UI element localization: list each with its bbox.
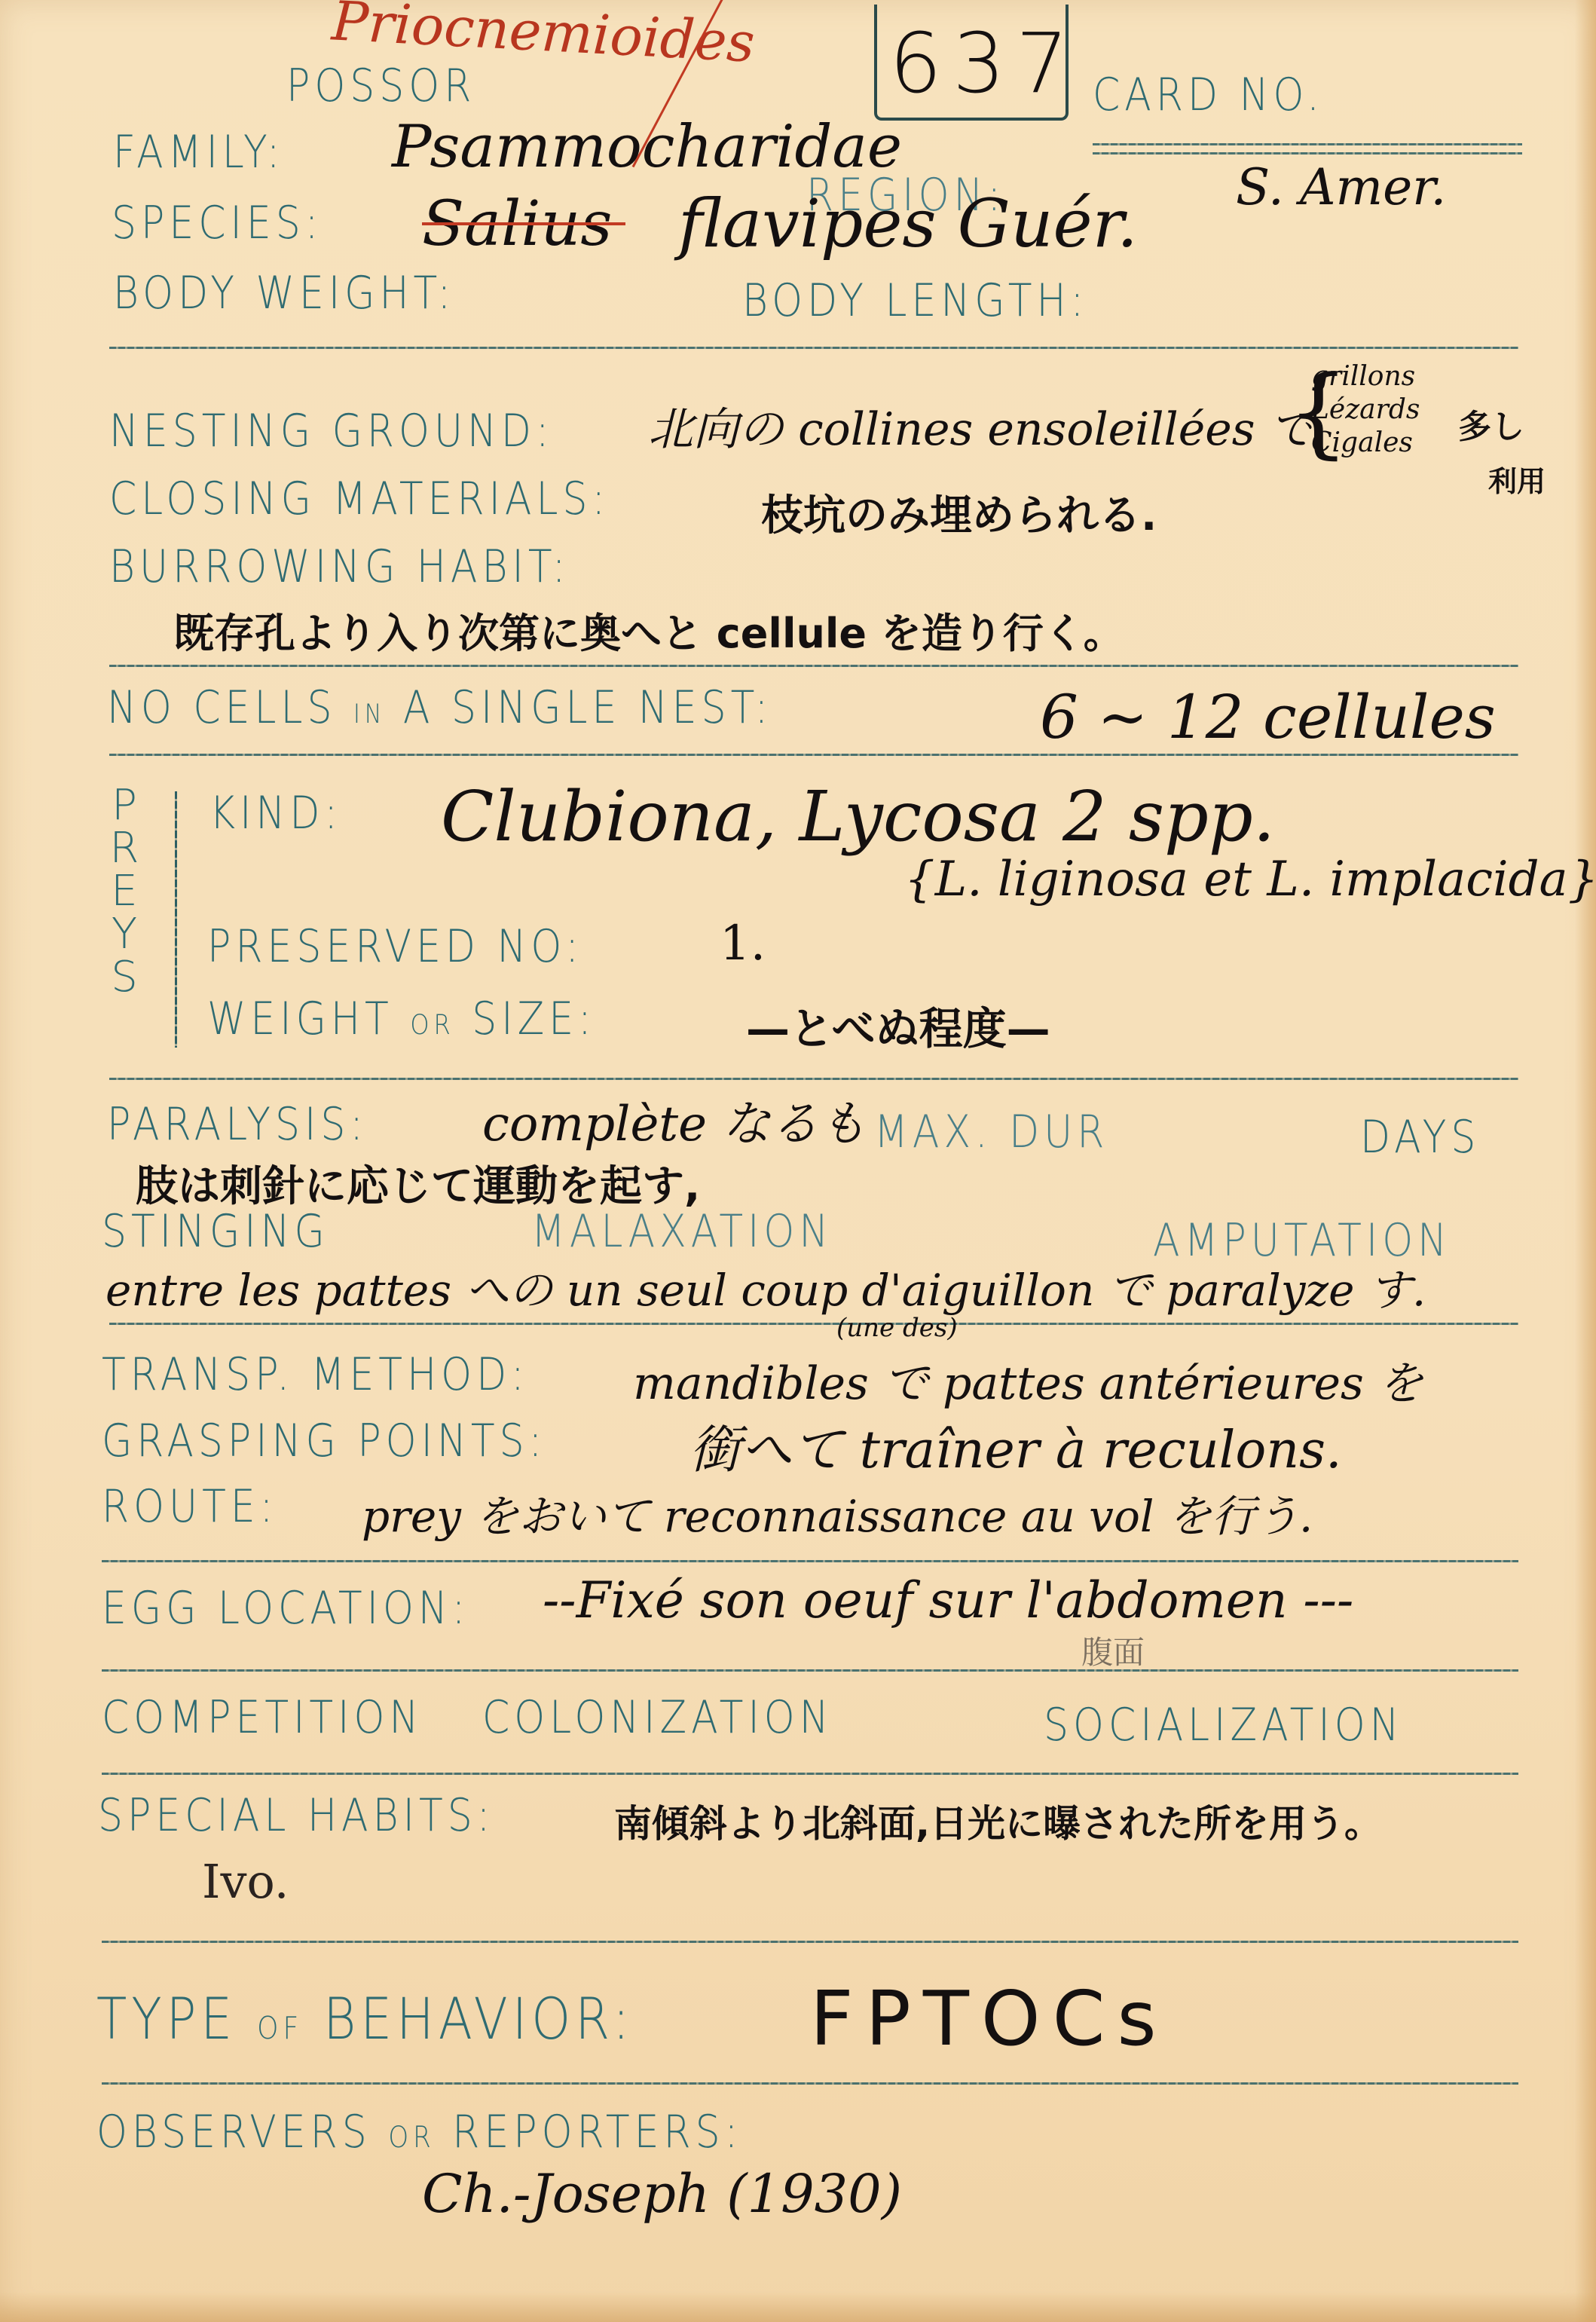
stinging-value: entre les pattes への un seul coup d'aigui… [105,1255,1426,1318]
behavior-label-part: TYPE [96,1986,237,2053]
kind-detail: {L. liginosa et L. implacida} [904,852,1596,907]
preys-letter: Y [105,913,143,956]
weight-label-part: SIZE: [472,993,595,1045]
card-number: 637 [889,15,1079,112]
preys-letter: S [105,956,143,999]
malaxation-label: MALAXATION [531,1206,833,1258]
rule [109,1078,1518,1080]
burrowing-habit-value: 既存孔より入り次第に奥へと cellule を造り行く。 [173,601,1124,659]
rule [1093,143,1522,145]
closing-materials-label: CLOSING MATERIALS: [109,473,610,525]
paralysis-label: PARALYSIS: [107,1099,368,1151]
rule [102,1560,1518,1562]
preserved-value: 1. [720,916,766,971]
preys-letter: R [105,827,143,870]
competition-label: COMPETITION [102,1692,423,1744]
observers-label-or: OR [388,2120,435,2155]
rule [109,665,1518,667]
preys-letter: P [105,784,143,827]
family-label: FAMILY: [113,127,284,179]
stinging-label: STINGING [102,1206,329,1258]
rule [109,754,1518,756]
bracket-note: 利用 [1488,458,1546,500]
behavior-label-of: OF [257,2011,303,2046]
closing-materials-value: 枝坑のみ埋められる. [761,482,1157,543]
rule [102,1773,1518,1775]
preys-letter: E [105,870,143,913]
grasping-points-label: GRASPING POINTS: [102,1415,546,1467]
transport-method-value: mandibles で pattes antérieures を [633,1348,1423,1412]
paralysis-note: 肢は刺針に応じて運動を起す, [136,1153,700,1213]
paper-edge-bottom [0,2292,1596,2322]
record-card: Priocnemioides POSSOR 637 CARD NO. FAMIL… [0,0,1596,2322]
preserved-label: PRESERVED NO: [207,921,583,973]
cells-label-in: IN [353,699,386,730]
method-insert-note: (une des) [836,1313,958,1343]
paper-edge-right [1575,0,1596,2322]
cells-value: 6 ~ 12 cellules [1040,682,1496,752]
paralysis-value: complète なるも [482,1085,867,1155]
max-duration-label: MAX. DUR [874,1106,1108,1158]
behavior-label-part: BEHAVIOR: [323,1986,634,2053]
type-of-behavior-value: FPTOCs [810,1975,1169,2063]
special-habits-value: 南傾斜より北斜面,日光に曝された所を用う。 [614,1794,1382,1848]
special-habits-extra: Ivo. [202,1854,289,1909]
preys-divider [175,791,177,1048]
colonization-label: COLONIZATION [482,1692,833,1744]
observers-value: Ch.-Joseph (1930) [422,2163,902,2225]
observers-label: OBSERVERS OR REPORTERS: [96,2106,742,2158]
rule [102,2082,1518,2085]
weight-size-value: —とべぬ程度— [746,993,1050,1057]
preys-vertical-label: P R E Y S [105,784,143,999]
egg-pencil-note: 腹面 [1081,1628,1145,1673]
observers-label-part: OBSERVERS [96,2106,371,2158]
curly-bracket: { [1287,354,1350,469]
species-label: SPECIES: [112,197,323,249]
observers-label-part: REPORTERS: [452,2106,742,2158]
weight-label-part: WEIGHT [207,993,393,1045]
rule [102,1941,1518,1943]
possor-label: POSSOR [286,60,475,112]
strikethrough-mark [422,222,625,225]
species-value: flavipes Guér. [678,185,1138,262]
card-no-label: CARD NO. [1093,69,1324,121]
transport-method-label: TRANSP. METHOD: [102,1349,529,1401]
body-length-label: BODY LENGTH: [742,275,1088,327]
type-of-behavior-label: TYPE OF BEHAVIOR: [96,1986,634,2053]
cells-label: NO CELLS IN A SINGLE NEST: [107,682,772,734]
grasping-points-value: 銜へて traîner à reculons. [689,1409,1342,1482]
rule [109,1323,1518,1325]
cells-label-part: A SINGLE NEST: [403,682,772,734]
route-label: ROUTE: [102,1481,277,1533]
body-weight-label: BODY WEIGHT: [113,268,455,320]
egg-location-label: EGG LOCATION: [102,1583,469,1635]
burrowing-habit-label: BURROWING HABIT: [109,541,570,593]
special-habits-label: SPECIAL HABITS: [98,1790,494,1842]
socialization-label: SOCIALIZATION [1044,1699,1404,1751]
bracket-suffix: 多し [1458,399,1524,448]
days-label: DAYS [1360,1112,1480,1164]
kind-label: KIND: [209,788,342,840]
route-value: prey をおいて reconnaissance au vol を行う. [362,1481,1313,1544]
egg-location-value: --Fixé son oeuf sur l'abdomen --- [543,1571,1353,1629]
nesting-ground-value: 北向の collines ensoleillées で [648,393,1315,458]
region-value: S. Amer. [1236,158,1446,216]
nesting-ground-label: NESTING GROUND: [109,405,553,457]
kind-value: Clubiona, Lycosa 2 spp. [441,776,1275,857]
rule [102,1669,1518,1672]
weight-label-or: OR [410,1008,454,1042]
cells-label-part: NO CELLS [107,682,336,734]
weight-size-label: WEIGHT OR SIZE: [207,993,596,1045]
rule [109,347,1518,349]
rule [1093,152,1522,154]
